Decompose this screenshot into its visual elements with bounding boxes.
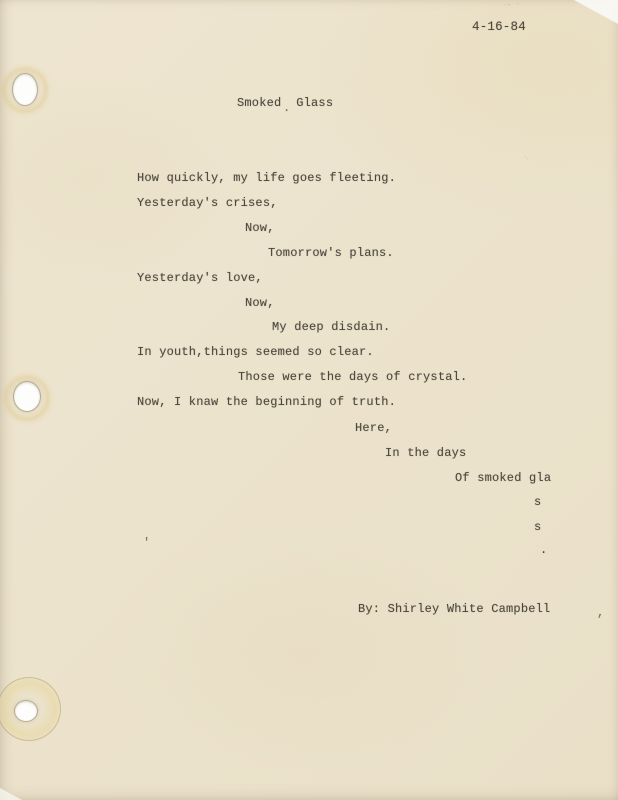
paper-corner-top-right bbox=[574, 0, 618, 24]
date: 4-16-84 bbox=[472, 20, 526, 34]
punch-hole-opening bbox=[15, 701, 37, 721]
punch-hole-bottom-reinforced bbox=[0, 676, 70, 746]
poem-line-2: Yesterday's crises, bbox=[137, 196, 278, 210]
stray-mark-1: . bbox=[283, 101, 290, 115]
poem-line-7: My deep disdain. bbox=[272, 320, 390, 334]
poem-line-5: Yesterday's love, bbox=[137, 271, 263, 285]
poem-line-15: s bbox=[534, 520, 541, 534]
paper-corner-bottom-left bbox=[0, 788, 22, 800]
pencil-scribble: ·– · bbox=[503, 0, 553, 9]
punch-hole-middle bbox=[0, 368, 60, 428]
ink-smudge: ·. bbox=[524, 153, 550, 165]
poem-line-14: s bbox=[534, 495, 541, 509]
poem-line-11: Here, bbox=[355, 421, 392, 435]
poem-line-4: Tomorrow's plans. bbox=[268, 246, 394, 260]
byline: By: Shirley White Campbell bbox=[358, 602, 550, 616]
poem-line-8: In youth,things seemed so clear. bbox=[137, 345, 374, 359]
poem-line-3: Now, bbox=[245, 221, 275, 235]
poem-line-6: Now, bbox=[245, 296, 275, 310]
punch-hole-opening bbox=[14, 382, 40, 411]
punch-hole-top bbox=[0, 60, 60, 120]
poem-line-1: How quickly, my life goes fleeting. bbox=[137, 171, 396, 185]
poem-line-9: Those were the days of crystal. bbox=[238, 370, 467, 384]
stray-mark-2: ' bbox=[143, 536, 150, 550]
stray-mark-3: , bbox=[597, 606, 604, 620]
scanned-poem-page: ·– · ·. 4-16-84 Smoked Glass How quickly… bbox=[0, 0, 618, 800]
poem-line-12: In the days bbox=[385, 446, 466, 460]
poem-line-10: Now, I knaw the beginning of truth. bbox=[137, 395, 396, 409]
punch-hole-opening bbox=[13, 74, 37, 105]
poem-line-16: . bbox=[540, 543, 547, 557]
poem-line-13: Of smoked gla bbox=[455, 471, 551, 485]
